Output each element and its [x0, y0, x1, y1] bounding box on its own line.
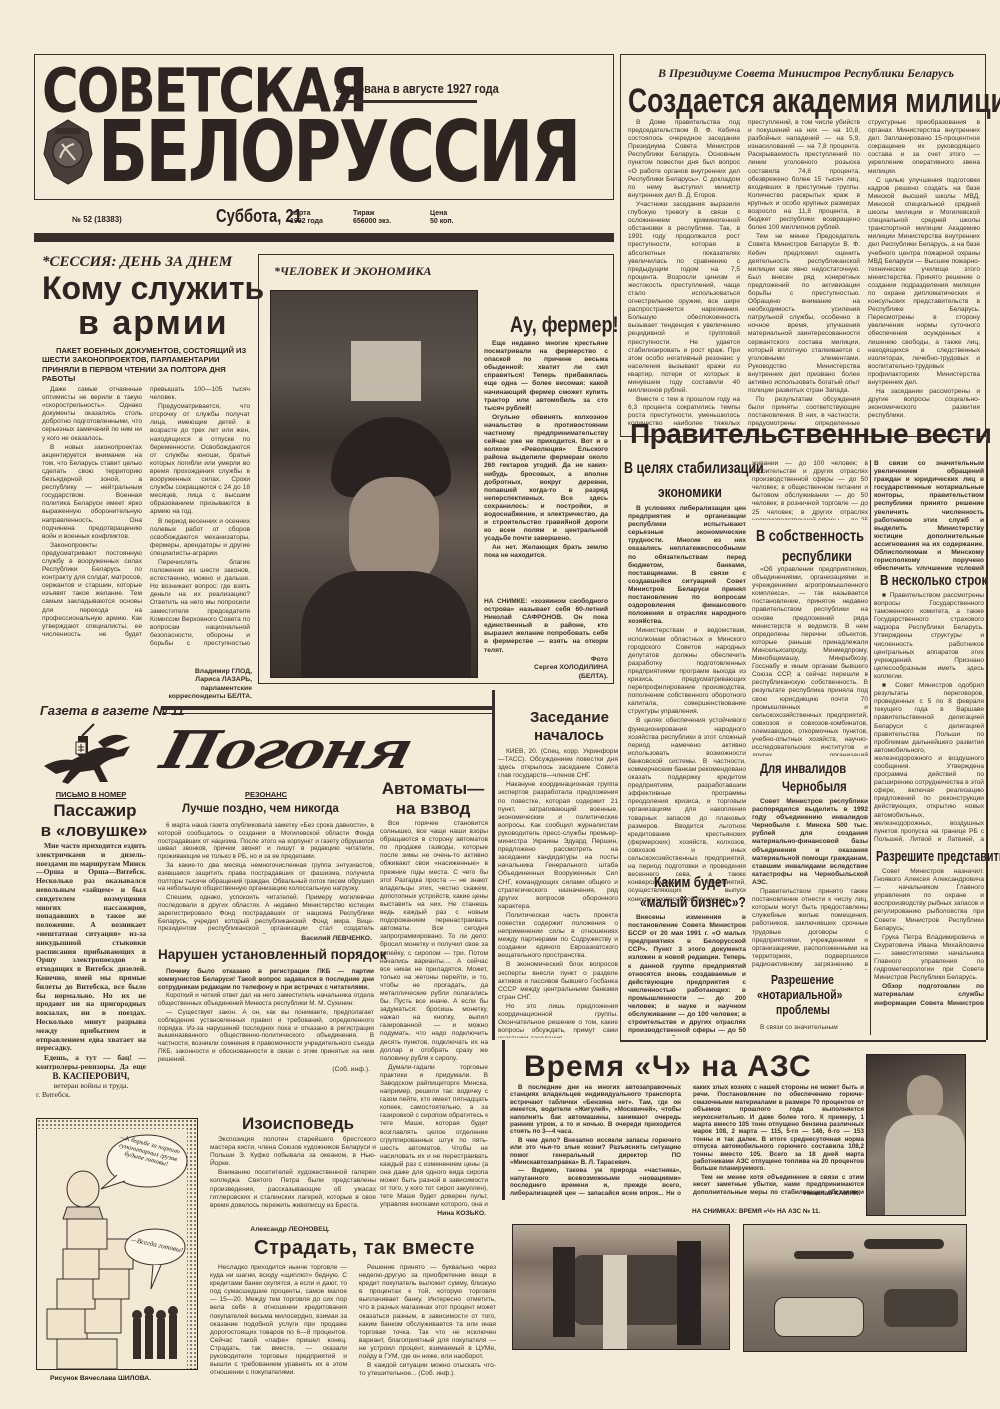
- letter-signature: В. КАСПЕРОВИЧ, ветеран войны и труда. г.…: [36, 1072, 146, 1099]
- automats-headline-line1: Автоматы—: [378, 780, 488, 797]
- letter-rubric: ПИСЬМО В НОМЕР: [46, 790, 136, 799]
- farmer-photo: [270, 290, 478, 678]
- resonance-author: Василий ЛЕВЧЕНКО.: [250, 935, 372, 943]
- issue-month-year: марта 1992 года: [290, 210, 323, 226]
- cartoon-illustration: —К борьбе за партию гуманитарных грузов …: [36, 1118, 198, 1370]
- stabilization-title: В целях стабилизации: [624, 460, 740, 478]
- masthead-bottom-bar: [34, 233, 614, 242]
- property-title-2: республики: [782, 548, 869, 566]
- meeting-left-rule: [492, 690, 495, 1040]
- militia-headline: Создается академия милиции: [628, 82, 1000, 121]
- appointments-body: Совет Министров назначил: Гноявого Алекс…: [874, 868, 984, 1008]
- photo-window: [351, 341, 421, 401]
- notary-lead: В связи со значительным: [752, 1024, 868, 1034]
- militia-kicker: В Президиуме Совета Министров Республики…: [658, 66, 954, 81]
- photo-car-1: [573, 1255, 683, 1325]
- photo-person-1: [553, 1247, 575, 1337]
- property-title: В собственность: [756, 528, 866, 546]
- photo-canopy-2: [794, 1251, 854, 1259]
- notary-title: Разрешение «нотариальной» проблемы: [752, 972, 868, 1017]
- farmer-kicker: *ЧЕЛОВЕК И ЭКОНОМИКА: [274, 264, 432, 279]
- photo-person-2: [603, 1255, 627, 1349]
- brief-body: ■ Правительством рассмотрены вопросы Гос…: [874, 592, 984, 842]
- azs-queue-photo-1: [512, 1224, 730, 1350]
- small-business-tail: живании — до 100 человек; в строительств…: [752, 460, 868, 520]
- izo-headline: Изоисповедь: [242, 1115, 354, 1132]
- price: Цена 50 коп.: [430, 210, 454, 226]
- chernobyl-body: Совет Министров республики распорядился …: [752, 798, 868, 970]
- azs-top-rule: [620, 1040, 986, 1042]
- gov-col-rule-2: [870, 460, 871, 1035]
- gov-news-col-rule: [620, 440, 621, 1040]
- army-byline: Владимир ГЛОД, Лариса ЛАЗАРЬ, парламентс…: [150, 668, 252, 702]
- brief-title: В несколько строк: [880, 572, 1000, 590]
- suffer-body: Несладко приходится нынче торговле — куд…: [210, 1264, 496, 1382]
- azs-author: Николай КАМЯК.: [700, 1190, 860, 1198]
- notary-body: В связи со значительным увеличением обра…: [874, 460, 984, 570]
- azs-headline: Время «Ч» на АЗС: [524, 1052, 812, 1082]
- meeting-headline-line2: началось: [534, 728, 604, 743]
- meeting-headline-line1: Заседание: [530, 710, 609, 725]
- army-subhead: ПАКЕТ ВОЕННЫХ ДОКУМЕНТОВ, СОСТОЯЩИЙ ИЗ Ш…: [42, 346, 248, 384]
- automats-headline-line2: на взвод: [378, 800, 488, 817]
- gov-news-headline: Правительственные вести: [630, 420, 991, 448]
- farmer-body: Еще недавно многие крестьяне посматривал…: [484, 340, 608, 580]
- meeting-body: КИЕВ, 20. (Спец. корр. Укринформ—ТАСС). …: [498, 748, 618, 1038]
- azs-body: В последние дни на многих автозаправочны…: [510, 1084, 864, 1202]
- violation-body: Почему было отказано в регистрации ПКБ —…: [158, 968, 374, 1064]
- masthead-title-line2: БЕЛОРУССИЯ: [98, 110, 579, 195]
- izo-author: Александр ЛЕОНОВЕЦ.: [210, 1226, 370, 1234]
- small-business-title-2: «малый бизнес»?: [640, 894, 772, 912]
- chernobyl-title: Для инвалидов: [760, 760, 860, 778]
- pogonya-logo: Погоня: [170, 720, 470, 780]
- photo-car-3: [884, 1289, 958, 1327]
- militia-body: В Доме правительства под председательств…: [628, 119, 980, 433]
- azs-queue-photo-2: [743, 1224, 967, 1352]
- appointments-title: Разрешите представить: [876, 848, 1000, 866]
- small-business-title-1: Каким будет: [654, 874, 746, 892]
- automats-body: Все горячее становится солнышко, все чащ…: [380, 820, 488, 1208]
- cartoon-credit: Рисунок Вячеслава ШИЛОВА.: [50, 1375, 151, 1382]
- letter-headline-line1: Пассажир: [40, 802, 150, 819]
- militia-headline-wrap: Создается академия милиции: [628, 82, 1000, 121]
- army-headline-line2: в армии: [78, 306, 229, 340]
- property-body: «Об управлении предприятиями, объединени…: [752, 566, 868, 756]
- chernobyl-title-2: Чернобыля: [782, 778, 863, 796]
- resonance-rubric: РЕЗОНАНС: [236, 790, 296, 799]
- gov-right-rule: [986, 440, 988, 1040]
- violation-source: (Соб. инф.).: [300, 1066, 370, 1074]
- azs-left-rule: [502, 1040, 505, 1200]
- circulation: Тираж 656000 экз.: [353, 210, 391, 226]
- state-emblem-icon: [42, 118, 94, 186]
- resonance-body: 6 марта наша газета опубликовала заметку…: [158, 822, 374, 934]
- azs-caption: НА СНИМКАХ: ВРЕМЯ «Ч» НА АЗС № 11.: [692, 1208, 820, 1215]
- founded-note: Основана в августе 1927 года: [336, 80, 478, 98]
- army-body: Даже самые отчаянные оптимисты не верили…: [42, 386, 250, 652]
- founded-underline: [336, 100, 477, 103]
- pogonya-top-bar-thin: [162, 713, 492, 714]
- letter-body: Мне часто приходится ездить электричками…: [36, 842, 146, 1070]
- photo-person-3: [677, 1241, 701, 1345]
- photo-man-head: [907, 1075, 943, 1119]
- farmer-caption: НА СНИМКЕ: «хозяином свободного острова»…: [484, 598, 608, 654]
- photo-body: [301, 571, 471, 678]
- army-headline-line1: Кому служить: [42, 272, 264, 304]
- resonance-headline: Лучше поздно, чем никогда: [182, 804, 339, 816]
- photo-car-2: [774, 1297, 864, 1337]
- pogonya-top-bar: [162, 706, 492, 710]
- automats-author: Нина КОЗЬКО.: [390, 1210, 486, 1218]
- photo-canopy-1: [864, 1239, 944, 1249]
- stabilization-title-2: экономики: [658, 484, 728, 502]
- pogonya-knight-icon: [38, 722, 134, 790]
- army-kicker: *СЕССИЯ: ДЕНЬ ЗА ДНЕМ: [42, 254, 232, 271]
- issue-number: № 52 (18383): [72, 215, 122, 224]
- farmer-photo-credit: Фото Сергея ХОЛОДИЛИНА (БЕЛТА).: [484, 656, 608, 681]
- photo-man-body: [885, 1115, 965, 1216]
- farmer-headline-wrap: Ау, фермер!: [510, 312, 642, 338]
- farmer-headline: Ау, фермер!: [510, 312, 618, 338]
- small-business-body: Внесены изменения в постановление Совета…: [628, 914, 746, 1036]
- izo-body: Экспозиция полотен старейшего брестского…: [210, 1136, 376, 1226]
- letter-headline-line2: в «ловушке»: [34, 822, 154, 839]
- violation-headline: Нарушен установленный порядок: [158, 948, 387, 962]
- suffer-headline: Страдать, так вместе: [254, 1238, 475, 1258]
- azs-phone-photo: [866, 1054, 966, 1216]
